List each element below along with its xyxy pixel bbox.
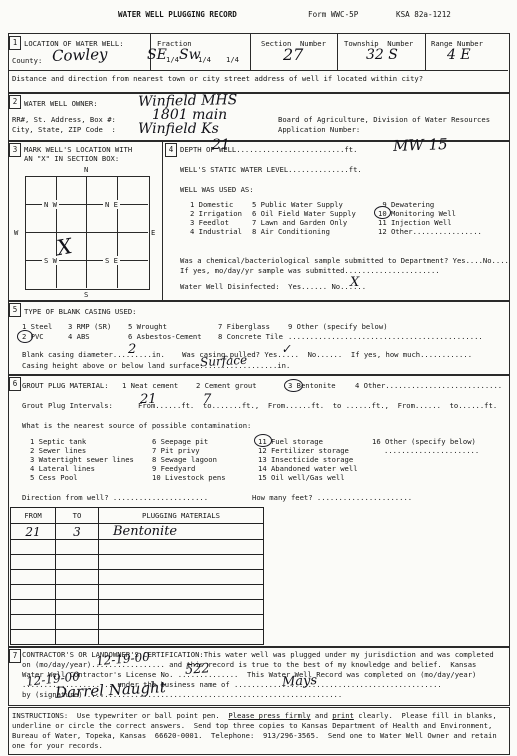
instructions-underline1: Please press firmly xyxy=(228,711,310,720)
compass-s: S xyxy=(84,290,88,299)
instructions-mid: and xyxy=(311,711,333,720)
circle-mark-monitoring-well xyxy=(374,206,391,219)
grid-line xyxy=(25,232,148,233)
grout-intervals-label: Grout Plug Intervals: xyxy=(22,401,113,410)
quarter-label: 1/4 xyxy=(226,55,239,64)
compass-se: S E xyxy=(103,256,120,265)
use-option: 2 Irrigation xyxy=(190,209,242,218)
address-label: RR#, St. Address, Box #: xyxy=(12,115,116,124)
circle-mark-fuel-storage xyxy=(254,434,272,447)
application-number-label: Application Number: xyxy=(278,125,360,134)
use-option: 1 Domestic xyxy=(190,200,233,209)
contamination-option: 15 Oil well/Gas well xyxy=(258,473,345,482)
contamination-option: 14 Abandoned water well xyxy=(258,464,358,473)
contamination-option: 2 Sewer lines xyxy=(30,446,86,455)
disinfected-line: Water Well Disinfected: Yes...... No....… xyxy=(180,282,366,291)
section3-title-line2: AN "X" IN SECTION BOX: xyxy=(24,154,119,163)
direction-from-well-line: Direction from well? ...................… xyxy=(22,493,208,502)
instructions-suffix: clearly. Please fill in blanks, xyxy=(354,711,497,720)
compass-n: N xyxy=(84,165,88,174)
instructions-prefix: INSTRUCTIONS: Use typewriter or ball poi… xyxy=(12,711,228,720)
section3-title-line1: MARK WELL'S LOCATION WITH xyxy=(24,145,132,154)
compass-e: E xyxy=(151,228,155,237)
certification-line2: on (mo/day/year)................. and th… xyxy=(22,660,476,669)
contamination-option: 5 Cess Pool xyxy=(30,473,78,482)
table-row xyxy=(11,585,264,600)
plugging-materials-table: FROM TO PLUGGING MATERIALS 21 3 Bentonit… xyxy=(10,507,264,645)
section4-number: 4 xyxy=(165,143,177,157)
compass-sw: S W xyxy=(42,256,59,265)
section5-number: 5 xyxy=(9,303,21,317)
table-header-materials: PLUGGING MATERIALS xyxy=(99,508,264,524)
instructions-line4: one for your records. xyxy=(12,741,103,750)
plug-to-value: 3 xyxy=(73,525,81,539)
contamination-question: What is the nearest source of possible c… xyxy=(22,421,251,430)
table-row xyxy=(11,630,264,645)
contamination-option: 10 Livestock pens xyxy=(152,473,226,482)
form-title: WATER WELL PLUGGING RECORD xyxy=(118,10,237,19)
contamination-option: 4 Lateral lines xyxy=(30,464,95,473)
depth-value-handwritten: 21 xyxy=(212,137,230,153)
casing-option: 4 ABS xyxy=(68,332,90,341)
contamination-option: 6 Seepage pit xyxy=(152,437,208,446)
use-option: 6 Oil Field Water Supply xyxy=(252,209,356,218)
form-statute: KSA 82a-1212 xyxy=(396,10,451,19)
section1-number: 1 xyxy=(9,36,21,50)
depth-of-well-line: DEPTH OF WELL.........................ft… xyxy=(180,145,357,154)
contamination-option: 3 Watertight sewer lines xyxy=(30,455,134,464)
section2-number: 2 xyxy=(9,95,21,109)
grout-material-option: 2 Cement grout xyxy=(196,381,257,390)
table-row xyxy=(11,555,264,570)
city-label: City, State, ZIP Code : xyxy=(12,125,116,134)
table-row: 21 3 Bentonite xyxy=(11,524,264,540)
plug-from-value: 21 xyxy=(25,525,40,539)
contamination-option: 9 Feedyard xyxy=(152,464,195,473)
use-option: 12 Other................ xyxy=(378,227,482,236)
form-number: Form WWC-5P xyxy=(308,10,358,19)
diameter-value-handwritten: 2 xyxy=(128,342,136,357)
section3-number: 3 xyxy=(9,143,21,157)
well-id-handwritten: MW 15 xyxy=(393,135,448,155)
contamination-option: 16 Other (specify below) xyxy=(372,437,476,446)
instructions-underline2: print xyxy=(332,711,354,720)
casing-option: 6 Asbestos-Cement xyxy=(128,332,202,341)
casing-option: 3 RMP (SR) xyxy=(68,322,111,331)
pulled-yes-check-mark: ✓ xyxy=(280,342,291,357)
divider xyxy=(337,33,338,70)
static-water-level-line: WELL'S STATIC WATER LEVEL..............f… xyxy=(180,165,362,174)
use-option: 5 Public Water Supply xyxy=(252,200,343,209)
quarter-label: 1/4 xyxy=(198,55,211,64)
use-option: 3 Feedlot xyxy=(190,218,229,227)
county-label: County: xyxy=(12,56,42,65)
grout-material-label: GROUT PLUG MATERIAL: xyxy=(22,381,109,390)
compass-nw: N W xyxy=(42,200,59,209)
interval-from-handwritten: 21 xyxy=(140,392,157,407)
quarter-label: 1/4 xyxy=(166,55,179,64)
circle-mark-bentonite xyxy=(284,379,303,392)
section6-number: 6 xyxy=(9,377,21,391)
compass-ne: N E xyxy=(103,200,120,209)
contamination-option: 7 Pit privy xyxy=(152,446,200,455)
other-dotted-line: ........................................… xyxy=(288,332,483,341)
instructions-line3: Bureau of Water, Topeka, Kansas 66620-00… xyxy=(12,731,497,740)
table-row xyxy=(11,615,264,630)
certification-line3: Water Well Contractor's License No. ....… xyxy=(22,670,476,679)
board-of-agriculture-label: Board of Agriculture, Division of Water … xyxy=(278,115,490,124)
owner-label: WATER WELL OWNER: xyxy=(24,99,98,108)
divider xyxy=(162,140,163,300)
section7-number: 7 xyxy=(9,649,21,663)
divider xyxy=(250,33,251,70)
certification-line1: CONTRACTOR'S OR LANDOWNER'S CERTIFICATIO… xyxy=(22,650,494,659)
circle-mark-pvc xyxy=(17,330,33,343)
interval-to-handwritten: 7 xyxy=(203,392,211,407)
other-dotted-line: ...................... xyxy=(384,446,479,455)
use-option: 7 Lawn and Garden Only xyxy=(252,218,347,227)
grout-material-option: 1 Neat cement xyxy=(122,381,178,390)
use-option: 8 Air Conditioning xyxy=(252,227,330,236)
section-grid xyxy=(25,176,150,290)
sample-date-line: If yes, mo/day/yr sample was submitted..… xyxy=(180,266,440,275)
table-header-to: TO xyxy=(56,508,99,524)
casing-option: 8 Concrete Tile xyxy=(218,332,283,341)
section5-title: TYPE OF BLANK CASING USED: xyxy=(24,307,137,316)
casing-option: 9 Other (specify below) xyxy=(288,322,388,331)
instructions-line2: underline or circle the correct answers.… xyxy=(12,721,492,730)
table-row xyxy=(11,570,264,585)
divider xyxy=(8,70,508,71)
casing-option: 7 Fiberglass xyxy=(218,322,270,331)
contamination-option: 12 Fertilizer storage xyxy=(258,446,349,455)
disinfected-no-x-mark: X xyxy=(350,275,359,290)
divider xyxy=(425,33,426,70)
well-used-as-label: WELL WAS USED AS: xyxy=(180,185,254,194)
contamination-option: 13 Insecticide storage xyxy=(258,455,353,464)
table-header-row: FROM TO PLUGGING MATERIALS xyxy=(11,508,264,524)
compass-w: W xyxy=(14,228,18,237)
how-many-feet-line: How many feet? ...................... xyxy=(252,493,412,502)
business-name-handwritten: Mays xyxy=(282,673,318,690)
casing-height-line: Casing height above or below land surfac… xyxy=(22,361,290,370)
water-well-plugging-record-form: WATER WELL PLUGGING RECORD Form WWC-5P K… xyxy=(0,0,517,756)
township-number-value: 32 S xyxy=(366,47,398,63)
use-option: 4 Industrial xyxy=(190,227,242,236)
grout-material-option: 4 Other........................... xyxy=(355,381,502,390)
use-option: 11 Injection Well xyxy=(378,218,452,227)
table-row xyxy=(11,600,264,615)
grout-intervals-line: From......ft. to.......ft., From......ft… xyxy=(138,401,497,410)
casing-option: 5 Wrought xyxy=(128,322,167,331)
instructions-line1: INSTRUCTIONS: Use typewriter or ball poi… xyxy=(12,711,497,720)
contamination-option: 1 Septic tank xyxy=(30,437,86,446)
license-number-handwritten: 522 xyxy=(185,661,211,678)
city-value-handwritten: Winfield Ks xyxy=(138,121,219,137)
county-value-handwritten: Cowley xyxy=(52,45,108,65)
section-number-value: 27 xyxy=(283,45,303,64)
plug-material-value: Bentonite xyxy=(113,524,177,539)
fraction1-handwritten: SE xyxy=(147,47,167,63)
sample-submitted-line: Was a chemical/bacteriological sample su… xyxy=(180,256,509,265)
casing-height-value-handwritten: Surface xyxy=(200,353,248,369)
table-header-from: FROM xyxy=(11,508,56,524)
contamination-option: 8 Sewage lagoon xyxy=(152,455,217,464)
range-number-value: 4 E xyxy=(447,47,471,63)
table-row xyxy=(11,540,264,555)
distance-question: Distance and direction from nearest town… xyxy=(12,74,423,83)
